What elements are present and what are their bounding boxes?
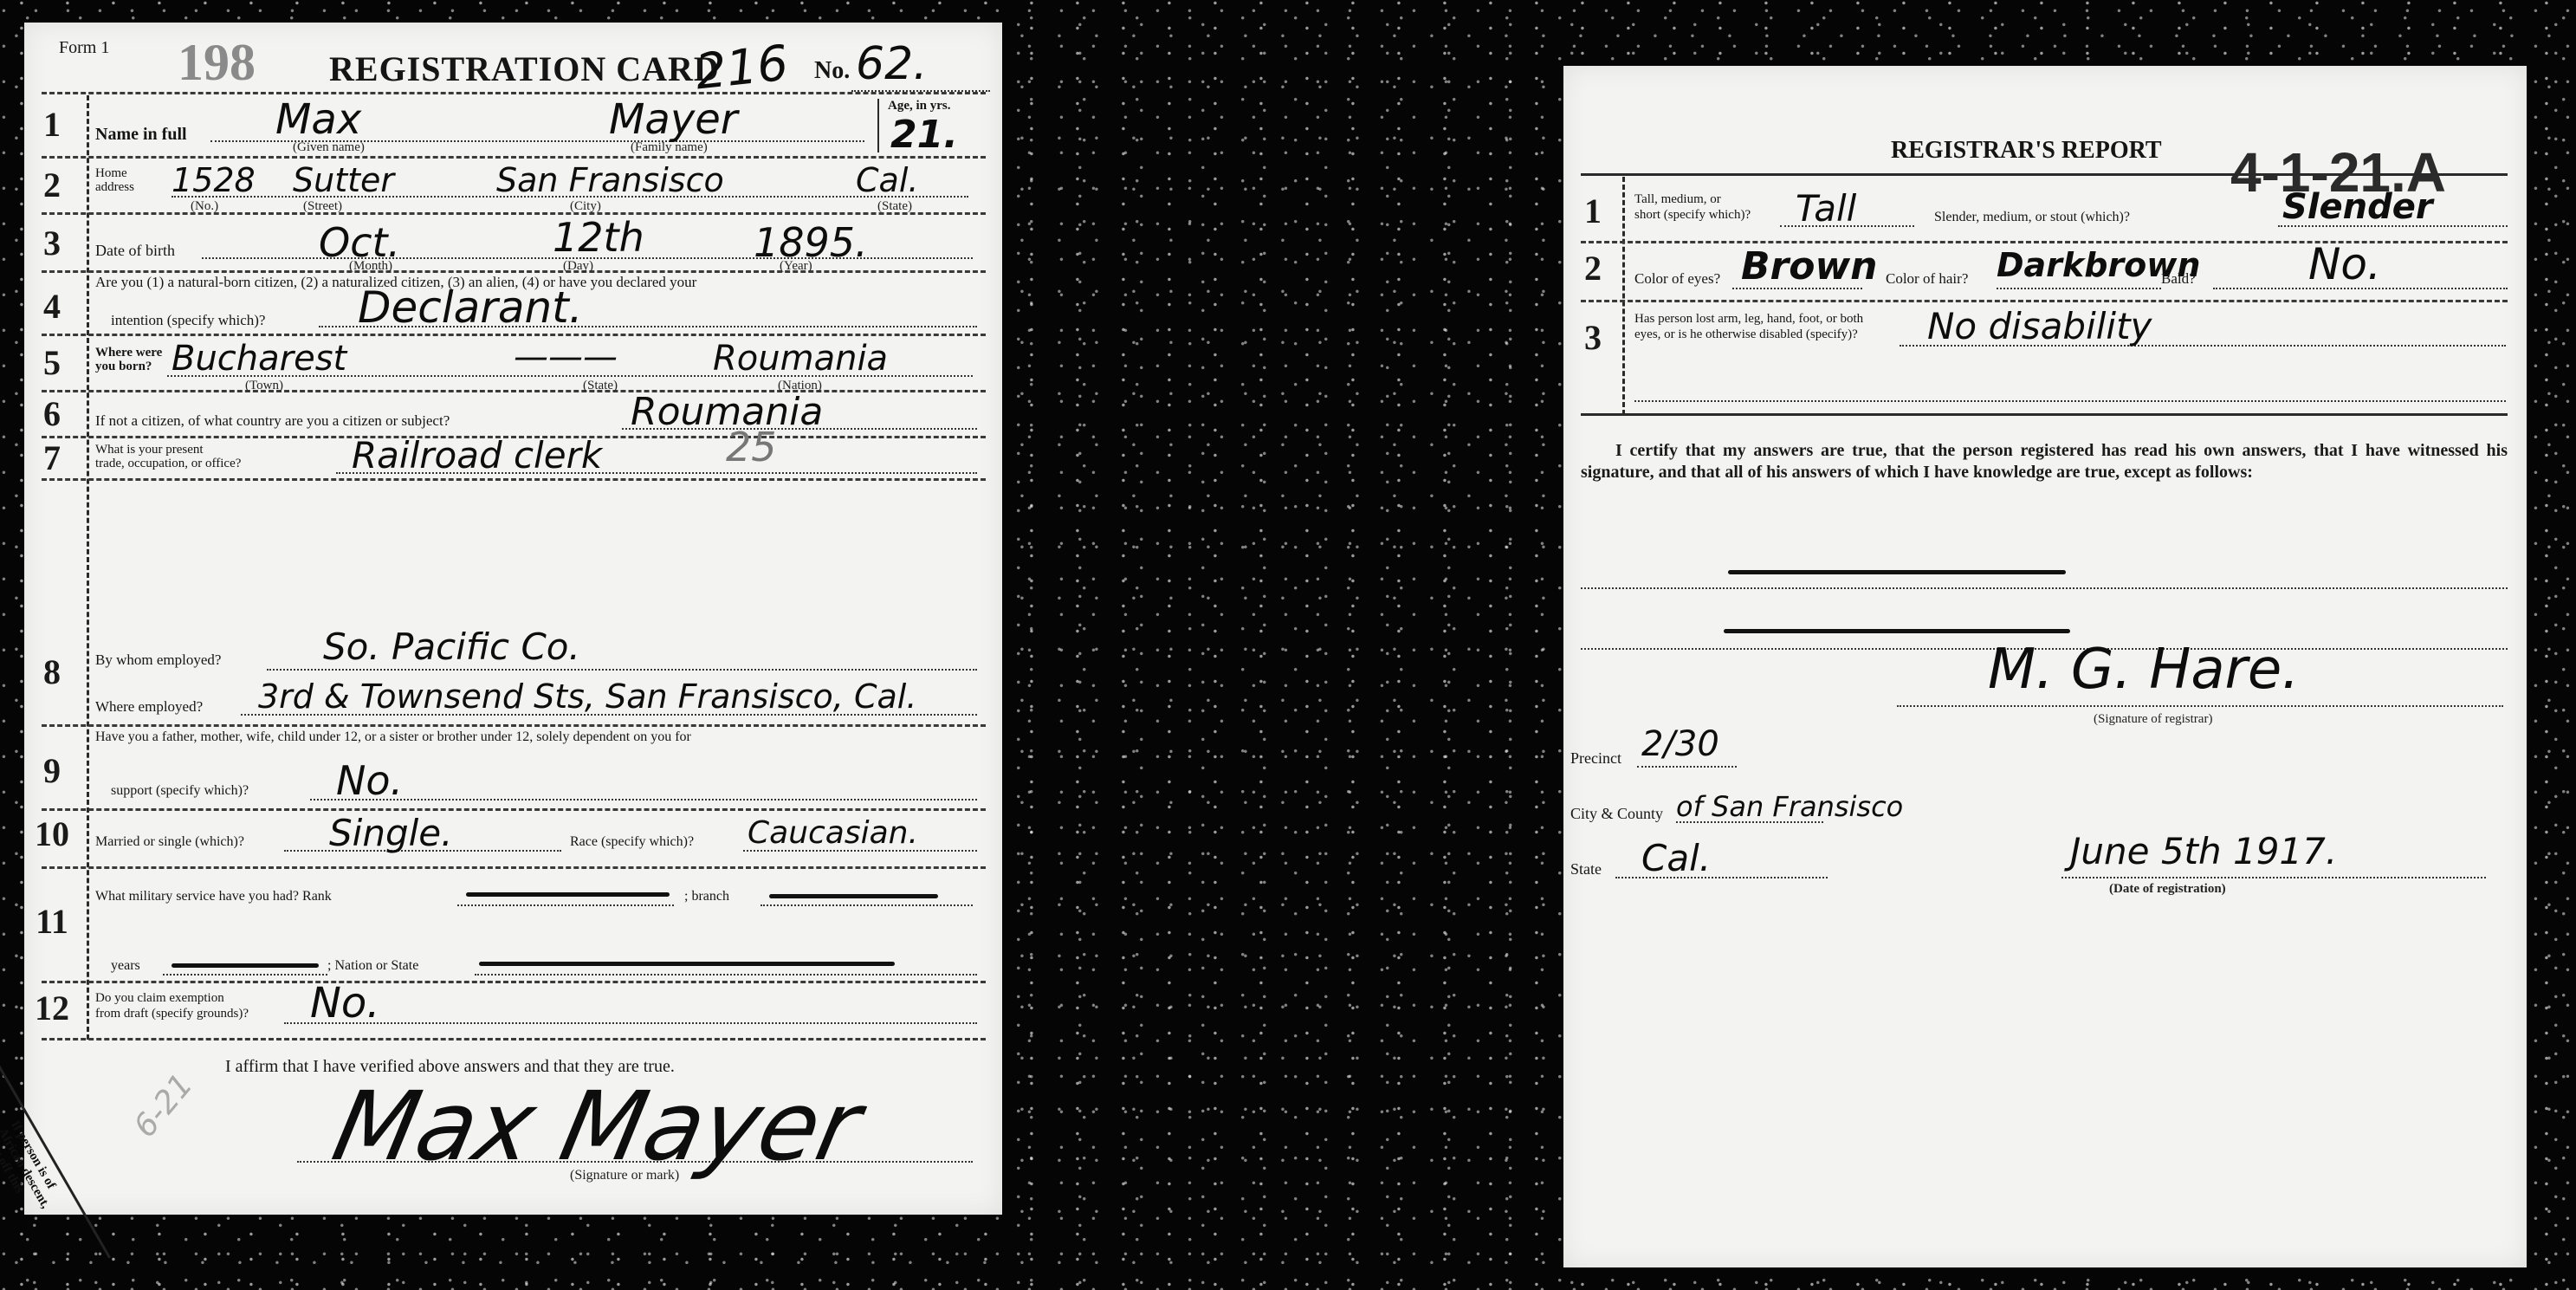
precinct-value: 2/30: [1641, 724, 1719, 764]
row-citizen-of: 6 If not a citizen, of what country are …: [24, 390, 1002, 436]
city-county-label: City & County: [1570, 805, 1663, 823]
address-street: Sutter: [293, 161, 394, 199]
row-dependents: 9 Have you a father, mother, wife, child…: [24, 724, 1002, 808]
birth-day: 12th: [553, 214, 644, 261]
occupation-answer: Railroad clerk: [352, 434, 602, 476]
registration-card-front: Form 1 198 REGISTRATION CARD 216 No. 62.…: [24, 23, 1002, 1215]
age-label: Age, in yrs.: [888, 99, 951, 113]
registrars-report-back: REGISTRAR'S REPORT 4-1-21.A 1 Tall, medi…: [1563, 66, 2527, 1267]
occupation-margin-note: 25: [726, 424, 777, 470]
report-title: REGISTRAR'S REPORT: [1891, 137, 2162, 165]
row-marital-race: 10 Married or single (which)? Single. Ra…: [24, 808, 1002, 866]
certification-text: I certify that my answers are true, that…: [1581, 440, 2508, 483]
state-value: Cal.: [1641, 837, 1711, 879]
card-title: REGISTRATION CARD: [329, 49, 720, 89]
corner-note: 6-21: [127, 1067, 200, 1144]
age-value: 21.: [890, 113, 958, 157]
row-birthplace: 5 Where were you born? Bucharest (Town) …: [24, 334, 1002, 390]
registration-date: June 5th 1917.: [2070, 830, 2337, 872]
no-label: No.: [814, 57, 850, 85]
row-eyes-hair: 2 Color of eyes? Brown Color of hair? Da…: [1563, 241, 2527, 300]
name-label: Name in full: [95, 125, 187, 145]
exemption-answer: No.: [310, 979, 380, 1027]
state-label: State: [1570, 860, 1602, 878]
marital-answer: Single.: [329, 812, 452, 854]
height-answer: Tall: [1796, 187, 1856, 230]
race-answer: Caucasian.: [748, 815, 918, 851]
eyes-answer: Brown: [1741, 244, 1877, 288]
registrar-signature: M. G. Hare.: [1988, 638, 2300, 702]
address-number: 1528: [172, 161, 256, 199]
birth-nation: Roumania: [713, 339, 888, 379]
row-disability: 3 Has person lost arm, leg, hand, foot, …: [1563, 300, 2527, 413]
address-city: San Fransisco: [496, 161, 724, 199]
signature-caption: (Signature or mark): [570, 1168, 679, 1183]
corner-text: If person is of African descent, tear of…: [0, 1118, 65, 1226]
stamp-number: 198: [178, 33, 256, 93]
row-exemption: 12 Do you claim exemption from draft (sp…: [24, 981, 1002, 1038]
address-state: Cal.: [856, 161, 918, 199]
bald-answer: No.: [2308, 239, 2381, 289]
date-caption: (Date of registration): [2109, 882, 2226, 897]
where-employed-answer: 3rd & Townsend Sts, San Fransisco, Cal.: [258, 677, 916, 716]
row-home-address: 2 Home address 1528 (No.) Sutter (Street…: [24, 156, 1002, 212]
row-occupation: 7 What is your present trade, occupation…: [24, 436, 1002, 478]
citizenship-answer: Declarant.: [358, 282, 583, 333]
precinct-label: Precinct: [1570, 749, 1621, 768]
row-citizenship: 4 Are you (1) a natural-born citizen, (2…: [24, 270, 1002, 334]
registrar-caption: (Signature of registrar): [2094, 712, 2212, 727]
birth-town: Bucharest: [172, 339, 346, 379]
disability-answer: No disability: [1927, 305, 2152, 347]
card-number: 62.: [856, 38, 928, 90]
family-name: Mayer: [609, 95, 738, 144]
form-label: Form 1: [59, 38, 109, 58]
employer-answer: So. Pacific Co.: [323, 626, 580, 668]
registrant-signature: Max Mayer: [324, 1071, 870, 1182]
build-answer: Slender: [2282, 187, 2433, 227]
city-county-value: of San Fransisco: [1676, 790, 1903, 823]
divider: [42, 92, 986, 94]
row-height-build: 1 Tall, medium, or short (specify which)…: [1563, 175, 2527, 241]
row-where-employed: Where employed? 3rd & Townsend Sts, San …: [24, 681, 1002, 724]
row-date-of-birth: 3 Date of birth Oct. (Month) 12th (Day) …: [24, 212, 1002, 270]
dependents-answer: No.: [336, 757, 403, 804]
row-military: 11 What military service have you had? R…: [24, 866, 1002, 981]
row-name: 1 Name in full Max (Given name) Mayer (F…: [24, 95, 1002, 156]
given-name: Max: [275, 95, 361, 144]
birth-state: ———: [514, 337, 618, 377]
